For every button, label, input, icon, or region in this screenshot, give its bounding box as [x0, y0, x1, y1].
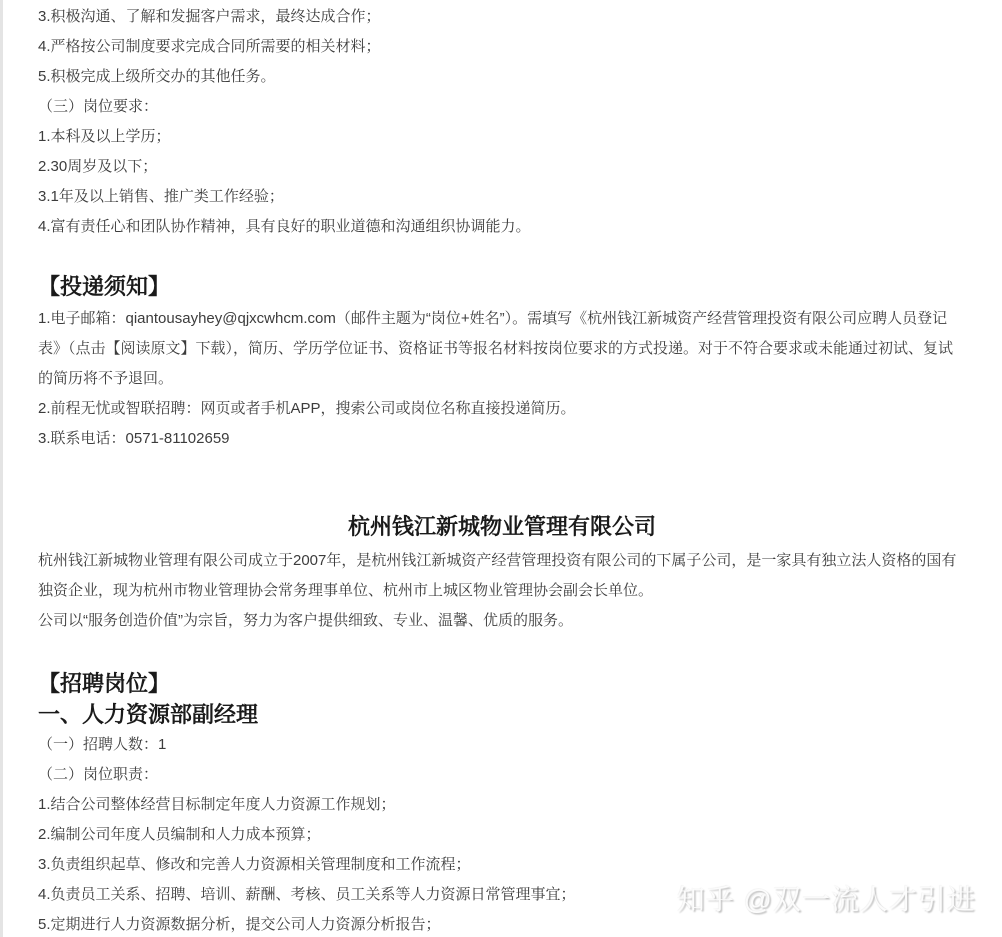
duty-item: 1.结合公司整体经营目标制定年度人力资源工作规划； [38, 790, 966, 820]
requirement-item: 2.30周岁及以下； [38, 152, 966, 182]
duty-item: 4.严格按公司制度要求完成合同所需要的相关材料； [38, 32, 966, 62]
headcount-line: （一）招聘人数：1 [38, 730, 966, 760]
requirements-label: （三）岗位要求： [38, 92, 966, 122]
application-notice-item-email: 1.电子邮箱：qiantousayhey@qjxcwhcm.com（邮件主题为“… [38, 304, 966, 394]
duty-item: 3.负责组织起草、修改和完善人力资源相关管理制度和工作流程； [38, 850, 966, 880]
application-notice-item-phone: 3.联系电话：0571-81102659 [38, 424, 966, 454]
requirement-item: 1.本科及以上学历； [38, 122, 966, 152]
article-content: 3.积极沟通、了解和发掘客户需求，最终达成合作； 4.严格按公司制度要求完成合同… [38, 0, 966, 937]
recruitment-heading: 【招聘岗位】 [38, 668, 966, 700]
duties-label: （二）岗位职责： [38, 760, 966, 790]
requirement-item: 3.1年及以上销售、推广类工作经验； [38, 182, 966, 212]
company-title: 杭州钱江新城物业管理有限公司 [38, 510, 966, 544]
company-motto-paragraph: 公司以“服务创造价值”为宗旨，努力为客户提供细致、专业、温馨、优质的服务。 [38, 606, 966, 636]
zhihu-watermark: 知乎 @双一流人才引进 [677, 878, 976, 918]
company-intro-paragraph: 杭州钱江新城物业管理有限公司成立于2007年，是杭州钱江新城资产经营管理投资有限… [38, 546, 966, 606]
application-notice-item-jobsites: 2.前程无忧或智联招聘：网页或者手机APP，搜索公司或岗位名称直接投递简历。 [38, 394, 966, 424]
requirement-item: 4.富有责任心和团队协作精神，具有良好的职业道德和沟通组织协调能力。 [38, 212, 966, 242]
duty-item: 3.积极沟通、了解和发掘客户需求，最终达成合作； [38, 2, 966, 32]
duty-item: 5.积极完成上级所交办的其他任务。 [38, 62, 966, 92]
application-notice-heading: 【投递须知】 [38, 270, 966, 304]
position-title: 一、人力资源部副经理 [38, 700, 966, 730]
duty-item: 2.编制公司年度人员编制和人力成本预算； [38, 820, 966, 850]
page-left-border [0, 0, 3, 937]
